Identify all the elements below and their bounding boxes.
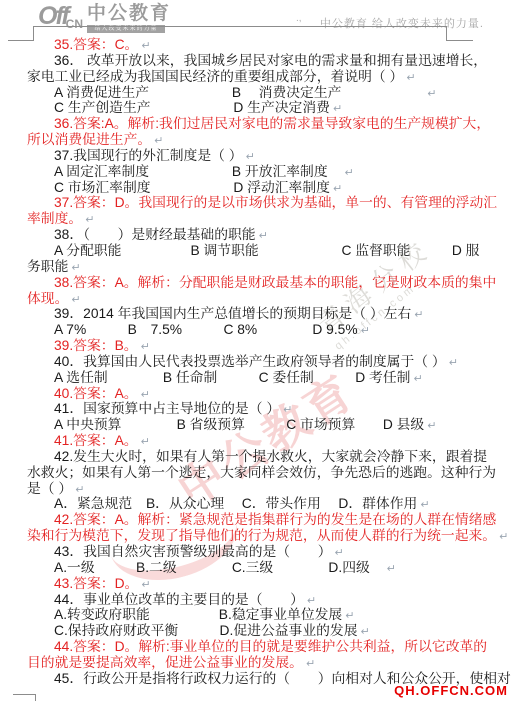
doc-line: 38.答案：A。解析：分配职能是财政最基本的职能，它是财政本质的集中 [27,275,512,291]
paragraph-mark-icon: ↵ [246,151,255,163]
doc-line-text: C 市场汇率制度 D 浮动汇率制度 [54,180,330,195]
paragraph-mark-icon: ↵ [333,103,342,115]
doc-line: A.转变政府职能 B.稳定事业单位发展↵ [27,607,512,623]
paragraph-mark-icon: ↵ [307,595,316,607]
offcn-logo: Off CN 中公教育 给人改变未来的力量 [38,4,171,36]
logo-brand-name: 中公教育 [87,4,171,24]
footer-boundary-left-tick [13,694,35,695]
doc-line-text: A．紧急规范 B．从众心理 C．带头作用 D．群体作用 [54,496,417,511]
paragraph-mark-icon: ↵ [427,88,436,100]
doc-line-text: 家电工业已经成为我国国民经济的重要组成部分，着说明（ ） [27,69,403,84]
doc-line-text: 38.答案：A。解析：分配职能是财政最基本的职能，它是财政本质的集中 [54,275,496,290]
doc-line-text: 体现。 [27,291,68,306]
document-lines: 35.答案：C。↵36． 改革开放以来，我国城乡居民对家电的需求量和拥有量迅速增… [0,37,512,687]
header-slogan: 中公教育 给人改变未来的力量. [320,15,484,31]
doc-line-text: 36． 改革开放以来，我国城乡居民对家电的需求量和拥有量迅速增长， [54,53,487,68]
doc-line-text: C.保持政府财政平衡 D.促进公益事业的发展 [54,623,358,638]
paragraph-mark-icon: ↵ [361,626,370,638]
doc-line: C 生产创造生产 D 生产决定消费↵ [27,100,512,116]
paragraph-mark-icon: ↵ [141,40,150,52]
paragraph-mark-icon: ↵ [75,484,84,496]
doc-line: 39．2014 年我国国内生产总值增长的预期目标是（ ）左右↵ [27,306,512,322]
paragraph-mark-icon: ↵ [344,167,353,179]
footer-boundary-left-drop [35,694,36,701]
doc-line-text: 44．事业单位改革的主要目的是（ ） [54,592,304,607]
doc-line-text: 36.答案:A。解析:我们过居民对家电的需求量导致家电的生产规模扩大， [54,116,490,131]
doc-line: 40．我算国由人民代表投票选举产生政府领导者的制度属于（ ）↵ [27,354,512,370]
doc-line: A 选任制 B 任命制 C 委任制 D 考任制↵ [27,370,512,386]
doc-line: 37.我国现行的外汇制度是（ ）↵ [27,148,512,164]
doc-line: 43．我国自然灾害预警级别最高的是（ ）↵ [27,544,512,560]
doc-line-text: 40.答案：A。 [54,386,138,401]
paragraph-mark-icon: ↵ [71,262,80,274]
doc-line-text: 染和行为模范下，发现了指导他们的行为规范，从而使人群的行为统一起来。 [27,528,496,543]
paragraph-mark-icon: ↵ [406,72,415,84]
doc-line: 42.发生大火时，如果有人第一个提水救火，大家就会冷静下来，跟着提 [27,449,512,465]
doc-line: 40.答案：A。↵ [27,386,512,402]
doc-line-text: A 7% B 7.5% C 8% D 9.5% [54,322,358,337]
paragraph-mark-icon: ↵ [335,547,344,559]
doc-line-text: 是（ ） [27,481,72,496]
footer-site-url: QH.OFFCN.COM [394,683,508,698]
doc-line-text: A 中央预算 B 省级预算 C 市场预算 D 县级 [54,417,424,432]
doc-line-text: 率制度。 [27,211,82,226]
doc-line-text: A.一级 B.二级 C.三级 D.四级 [54,560,384,575]
doc-line: 41．国家预算中占主导地位的是（ ）↵ [27,401,512,417]
doc-line-text: C 生产创造生产 D 生产决定消费 [54,100,330,115]
header-boundary-top-line [33,26,447,27]
doc-line: 水救火；如果有人第一个逃走，大家同样会效仿，争先恐后的逃跑。这种行为 [27,465,512,481]
doc-line-text: A 分配职能 B 调节职能 C 监督职能 D 服 [54,243,479,258]
paragraph-mark-icon: ↵ [499,531,508,543]
paragraph-mark-icon: ↵ [141,579,150,591]
doc-line: 42.答案：A。解析：紧急规范是指集群行为的发生是在场的人群在情绪感 [27,512,512,528]
doc-line: 目的就是要提高效率，促进公益事业的发展。↵ [27,655,512,671]
doc-line: C 市场汇率制度 D 浮动汇率制度↵ [27,180,512,196]
paragraph-mark-icon: ↵ [427,420,436,432]
doc-line-text: 35.答案：C。 [54,37,138,52]
paragraph-mark-icon: ↵ [361,325,370,337]
paragraph-mark-icon: ↵ [333,183,342,195]
paragraph-mark-icon: ↵ [141,341,150,353]
doc-line-text: A.转变政府职能 B.稳定事业单位发展 [54,607,342,622]
doc-line: 率制度。↵ [27,211,512,227]
doc-line: C.保持政府财政平衡 D.促进公益事业的发展↵ [27,623,512,639]
doc-line-text: 39．2014 年我国国内生产总值增长的预期目标是（ ）左右 [54,306,411,321]
doc-line-text: A 固定汇率制度 B 开放汇率制度 [54,164,341,179]
doc-line: A.一级 B.二级 C.三级 D.四级 ↵ [27,560,512,576]
doc-line: 44.答案：D。解析:事业单位的目的就是要维护公共利益，所以它改革的 [27,639,512,655]
doc-line: A 消费促进生产 B 消费决定生产 ↵ [27,85,512,101]
doc-line: 39.答案：B。↵ [27,338,512,354]
paragraph-mark-icon: ↵ [413,373,422,385]
paragraph-mark-icon: ↵ [85,214,94,226]
paragraph-mark-icon: ↵ [449,357,458,369]
doc-line: A 7% B 7.5% C 8% D 9.5%↵ [27,322,512,338]
logo-cn-text: CN [66,17,83,31]
paragraph-mark-icon: ↵ [306,658,315,670]
doc-line-text: 41.答案：A。 [54,433,138,448]
header-stray-mark: ., [296,13,302,24]
doc-line: 35.答案：C。↵ [27,37,512,53]
paragraph-mark-icon: ↵ [414,309,423,321]
doc-line-text: 43.答案：D。 [54,576,138,591]
doc-line: 家电工业已经成为我国国民经济的重要组成部分，着说明（ ）↵ [27,69,512,85]
doc-line: 染和行为模范下，发现了指导他们的行为规范，从而使人群的行为统一起来。↵ [27,528,512,544]
doc-line-text: 40．我算国由人民代表投票选举产生政府领导者的制度属于（ ） [54,354,446,369]
paragraph-mark-icon: ↵ [345,610,354,622]
doc-line-text: 37.答案：D。我国现行的是以市场供求为基础，单一的、有管理的浮动汇 [54,195,497,210]
doc-line-text: 41．国家预算中占主导地位的是（ ） [54,401,280,416]
paragraph-mark-icon: ↵ [283,404,292,416]
paragraph-mark-icon: ↵ [141,389,150,401]
doc-line-text: 38．（ ）是财经最基础的职能 [54,227,256,242]
doc-line: 38．（ ）是财经最基础的职能↵ [27,227,512,243]
paragraph-mark-icon: ↵ [420,499,429,511]
paragraph-mark-icon: ↵ [141,436,150,448]
doc-line-text: 42.发生大火时，如果有人第一个提水救火，大家就会冷静下来，跟着提 [54,449,487,464]
doc-line-text: A 消费促进生产 B 消费决定生产 [54,85,424,100]
doc-line-text: 目的就是要提高效率，促进公益事业的发展。 [27,655,303,670]
doc-line: A．紧急规范 B．从众心理 C．带头作用 D．群体作用↵ [27,496,512,512]
paragraph-mark-icon: ↵ [259,230,268,242]
doc-line-text: 所以消费促进生产。 [27,132,151,147]
paragraph-mark-icon: ↵ [154,135,163,147]
doc-line-text: 42.答案：A。解析：紧急规范是指集群行为的发生是在场的人群在情绪感 [54,512,496,527]
doc-line: 44．事业单位改革的主要目的是（ ）↵ [27,592,512,608]
doc-line: 体现。↵ [27,291,512,307]
doc-line: 所以消费促进生产。↵ [27,132,512,148]
doc-line: 43.答案：D。↵ [27,576,512,592]
doc-line: 务职能↵ [27,259,512,275]
doc-line-text: 务职能 [27,259,68,274]
doc-line-text: 44.答案：D。解析:事业单位的目的就是要维护公共利益，所以它改革的 [54,639,487,654]
doc-line-text: 水救火；如果有人第一个逃走，大家同样会效仿，争先恐后的逃跑。这种行为 [27,465,496,480]
doc-line: 41.答案：A。↵ [27,433,512,449]
doc-line: 36.答案:A。解析:我们过居民对家电的需求量导致家电的生产规模扩大， [27,116,512,132]
doc-line-text: 43．我国自然灾害预警级别最高的是（ ） [54,544,332,559]
doc-line: 37.答案：D。我国现行的是以市场供求为基础，单一的、有管理的浮动汇 [27,195,512,211]
doc-line-text: 39.答案：B。 [54,338,138,353]
doc-line-text: 37.我国现行的外汇制度是（ ） [54,148,243,163]
doc-line: A 分配职能 B 调节职能 C 监督职能 D 服 [27,243,512,259]
doc-line-text: A 选任制 B 任命制 C 委任制 D 考任制 [54,370,410,385]
doc-line: A 中央预算 B 省级预算 C 市场预算 D 县级↵ [27,417,512,433]
paragraph-mark-icon: ↵ [387,563,396,575]
doc-line: A 固定汇率制度 B 开放汇率制度 ↵ [27,164,512,180]
doc-line: 36． 改革开放以来，我国城乡居民对家电的需求量和拥有量迅速增长， [27,53,512,69]
paragraph-mark-icon: ↵ [71,294,80,306]
doc-line: 是（ ）↵ [27,481,512,497]
